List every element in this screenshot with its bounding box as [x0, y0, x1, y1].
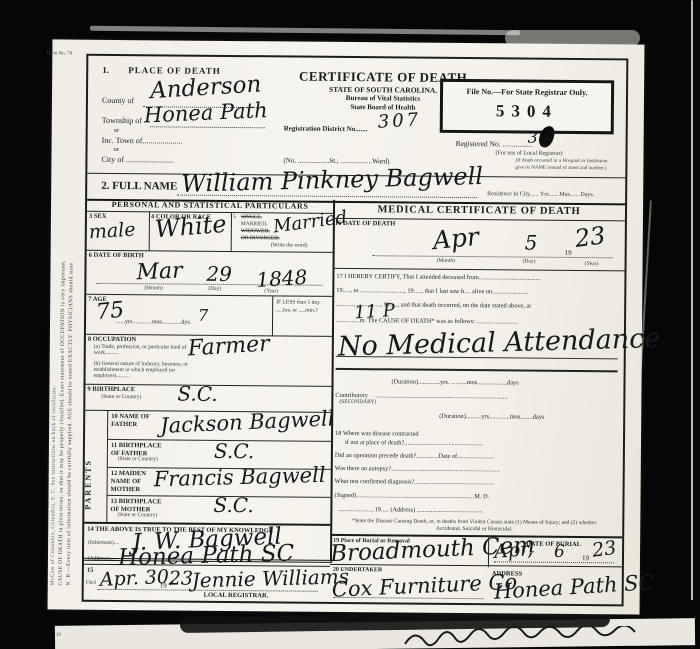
or-1: or [114, 127, 119, 135]
filed-label: Filed [86, 581, 96, 586]
occupation-a-text: (a) Trade, profession, or particular kin… [94, 344, 194, 357]
secondary-label: (SECONDARY) [339, 399, 376, 405]
parents-group: PARENTS 10 NAME OF FATHER Jackson Bagwel… [84, 410, 331, 525]
q18-line-2: if not at place of death?...............… [345, 439, 483, 448]
filed-year-value: 23 [169, 567, 193, 589]
date-of-death-month: Apr [431, 222, 480, 255]
cause-of-death-area: No Medical Attendance [332, 330, 624, 377]
age-row: 7 AGE 75 ......yrs.............mos......… [86, 294, 332, 337]
sex-value: male [88, 219, 136, 244]
cause-rule-2 [336, 368, 618, 372]
informant-caption: (Informant).... [88, 540, 119, 546]
father-name-row: 10 NAME OF FATHER Jackson Bagwell [108, 411, 332, 441]
form-number: Form No. 79 [46, 51, 72, 56]
certificate-page: Form No. 79 N. B.—Every item of informat… [48, 39, 645, 614]
microfilm-scan: 10 Form No. 79 N. B.—Every item of infor… [0, 0, 700, 649]
inc-town-label: Inc. Town of.................... [102, 136, 183, 147]
age-units: ......yrs.............mos.............dy… [116, 319, 191, 327]
registration-district-value: 307 [377, 109, 422, 133]
hospital-note: (If death occurred in a Hospital or Inst… [515, 158, 607, 172]
city-label: City of ........................ [101, 155, 174, 166]
birthplace-value: S.C. [177, 382, 218, 406]
undertaker-row: 20 UNDERTAKER Cox Furniture Co ADDRESS H… [330, 564, 622, 606]
sex-cell: 3 SEX male [87, 212, 150, 251]
burial-date-line [494, 561, 614, 563]
certify-line-2: 19....., to ............................… [336, 287, 620, 297]
file-number-label: File No.—For State Registrar Only. [443, 87, 611, 97]
occupation-row: 8 OCCUPATION (a) Trade, profession, or p… [85, 334, 331, 387]
or-2: or [114, 146, 119, 154]
date-of-death-day: 5 [525, 231, 538, 255]
item1-number: 1. [102, 65, 109, 76]
occupation-b-text: (b) General nature of Industry, business… [94, 361, 212, 380]
full-name-label: 2. FULL NAME [101, 180, 177, 193]
birthplace-caption: (State or Country) [101, 394, 141, 400]
color-cell: 4 COLOR OR RACE White [149, 212, 232, 251]
color-value: White [154, 210, 228, 244]
dob-month-caption: (Month) [144, 285, 162, 291]
mother-birthplace-caption: (State or Country) [117, 512, 157, 518]
test-question: What test confirmed diagnosis?..........… [335, 478, 495, 487]
registration-district-label: Registration District No....... [284, 124, 368, 133]
marital-cell: 5 SINGLE, MARRIED, WIDOWED, OR DIVORCED.… [231, 213, 333, 252]
mother-birthplace-value: S.C. [213, 493, 254, 517]
filed-number: 15 [87, 567, 94, 575]
marital-married: MARRIED, [241, 221, 268, 227]
duration-secondary: (Duration)..........yrs.............mos.… [439, 413, 544, 422]
dob-day-caption: (Day) [208, 286, 221, 292]
header-section: 1. PLACE OF DEATH County of Anderson Tow… [87, 56, 626, 178]
registered-no-note: (For use of Local Registrar) [495, 150, 562, 157]
parents-vertical-label: PARENTS [83, 459, 92, 510]
if-less-cell: IF LESS than 1 day. .....hrs. or .....mi… [272, 296, 333, 337]
margin-note-nb: N. B.—Every item of information should b… [66, 262, 75, 585]
film-edge-line [691, 0, 693, 649]
father-name-value: Jackson Bagwell [160, 406, 335, 438]
file-number-box: File No.—For State Registrar Only. 5304 [440, 79, 614, 135]
father-birthplace-value: S.C. [214, 439, 255, 463]
burial-date-year: 23 [591, 537, 618, 562]
autopsy-question: Was there an autopsy?...................… [335, 465, 500, 474]
partial-handwriting-next-record [400, 626, 650, 649]
margin-note-printer: McCaw of Columbia, Columbia, S. C. See i… [50, 385, 58, 585]
file-number-value: 5304 [443, 101, 611, 122]
marital-single: SINGLE, [241, 214, 262, 220]
q18-line-1: 18 Where was disease contracted [335, 430, 419, 439]
personal-column: PERSONAL AND STATISTICAL PARTICULARS 3 S… [84, 198, 335, 563]
date-address-line: ....................., 19..... (Address)… [338, 506, 483, 515]
registered-no-value: 3 [528, 128, 538, 147]
cause-footnote: *State the Disease Causing Death, or, in… [344, 518, 604, 535]
contributory-dotline: ........................................… [375, 392, 507, 401]
burial-row: 19 Place of Burial or Removal Broadmouth… [330, 534, 622, 569]
dod-month-caption: (Month) [437, 258, 455, 264]
dod-year-caption: (Year) [585, 261, 599, 267]
certificate-form: 1. PLACE OF DEATH County of Anderson Tow… [82, 54, 629, 607]
dob-label: 6 DATE OF BIRTH [89, 252, 144, 261]
informant-address-caption: (Address).... [88, 556, 115, 562]
film-streak [90, 26, 520, 36]
dob-day: 29 [206, 262, 232, 286]
township-value: Honea Path [143, 98, 268, 127]
date-of-death-year: 23 [573, 221, 607, 253]
if-less-text: IF LESS than 1 day. .....hrs. or .....mi… [276, 298, 330, 315]
mother-name-value: Francis Bagwell [153, 463, 325, 491]
certify-line-1: 17 I HEREBY CERTIFY, That I attended dec… [336, 273, 620, 283]
film-frame-number: 10 [56, 633, 61, 638]
date-of-death-19: 19 [565, 249, 572, 258]
registrar-caption: LOCAL REGISTRAR. [204, 592, 269, 600]
certify-block: 17 I HEREBY CERTIFY, That I attended dec… [332, 268, 625, 334]
medical-column: MEDICAL CERTIFICATE OF DEATH 16 DATE OF … [330, 200, 625, 605]
father-name-label: 10 NAME OF FATHER [111, 413, 157, 430]
dob-month: Mar [136, 258, 183, 285]
marital-write-word: (Write the word) [271, 242, 308, 248]
date-of-death-line [373, 255, 613, 258]
township-line [150, 126, 265, 128]
signed-line: (Signed)................................… [334, 492, 489, 501]
dod-day-caption: (Day) [523, 259, 536, 265]
residence-line: Residence In City...... Yrs...... Mos...… [487, 191, 594, 198]
marital-widowed: WIDOWED, [241, 228, 270, 234]
date-of-death-label: 16 DATE OF DEATH [335, 220, 395, 229]
operation-question: Did an operation precede death?.........… [335, 452, 493, 461]
burial-date-day: 6 [554, 542, 565, 562]
township-label: Township of [102, 116, 142, 126]
burial-date-month: Apr, [493, 538, 534, 563]
undertaker-label: 20 UNDERTAKER [333, 567, 383, 575]
father-birthplace-caption: (State or Country) [118, 456, 158, 462]
occupation-value: Farmer [187, 332, 270, 362]
filed-row: 15 Filed Apr. 30, 19 23 Jennie Williams … [84, 564, 330, 601]
parents-inner: 10 NAME OF FATHER Jackson Bagwell 11 BIR… [106, 411, 332, 525]
date-of-death-row: 16 DATE OF DEATH Apr 5 19 23 (Month) (Da… [333, 218, 625, 272]
marital-number: 5 [233, 214, 236, 220]
age-days-value: 7 [198, 306, 208, 325]
dob-year-caption: (Year) [264, 288, 278, 294]
burial-divider [488, 537, 489, 567]
county-label: County of [102, 96, 134, 106]
registered-no-label: Registered No. ................ [456, 139, 533, 149]
dob-row: 6 DATE OF BIRTH Mar 29 1848 (Month) (Day… [86, 250, 332, 297]
informant-row: 14 THE ABOVE IS TRUE TO THE BEST OF MY K… [84, 522, 330, 568]
medical-section-title: MEDICAL CERTIFICATE OF DEATH [333, 204, 625, 218]
undertaker-address-label: ADDRESS [492, 570, 522, 577]
duration-primary: (Duration)..............yrs. ..........m… [391, 378, 518, 387]
registrar-signature: Jennie Williams [192, 564, 350, 592]
